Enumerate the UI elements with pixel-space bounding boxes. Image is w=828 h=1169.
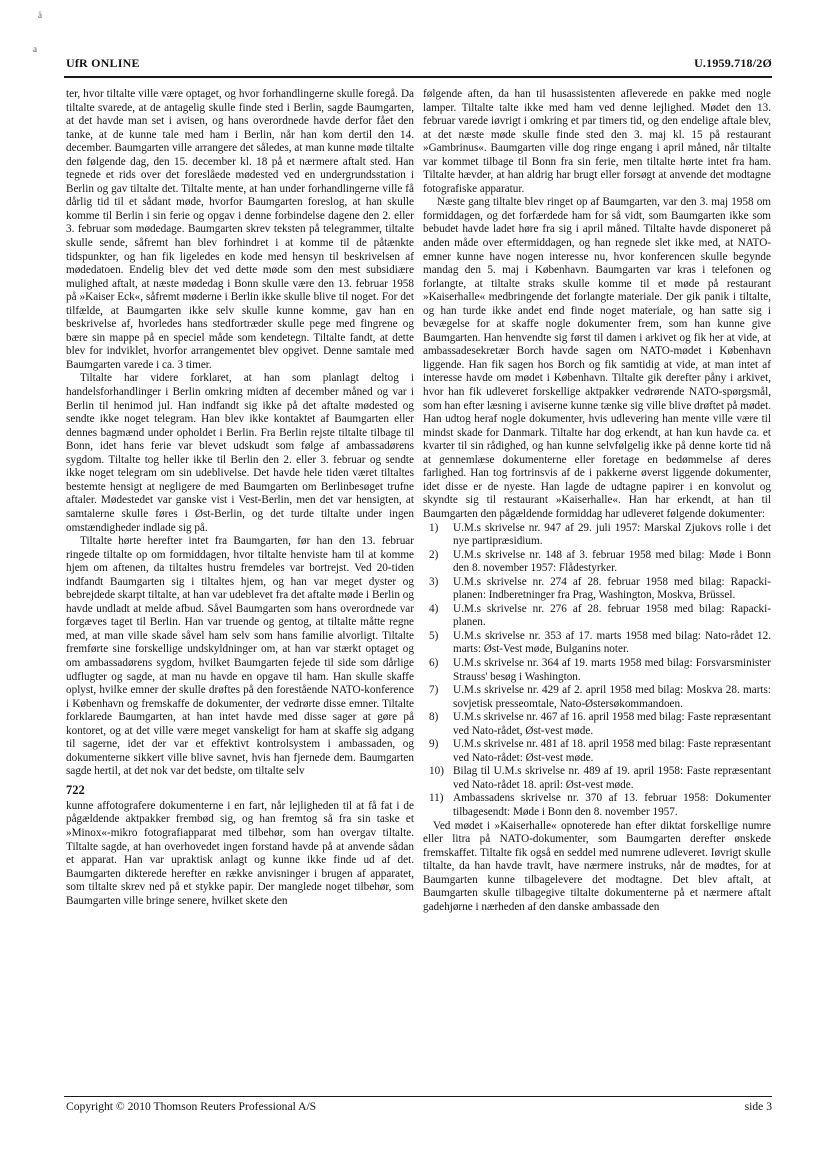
list-item-text: Ambassadens skrivelse nr. 370 af 13. feb… bbox=[453, 792, 771, 819]
list-item: 4) U.M.s skrivelse nr. 276 af 28. februa… bbox=[423, 603, 771, 630]
body-paragraph: kunne affotografere dokumenterne i en fa… bbox=[66, 800, 414, 908]
document-page: ä a UfR ONLINE U.1959.718/2Ø ter, hvor t… bbox=[0, 0, 828, 1169]
list-item: 11) Ambassadens skrivelse nr. 370 af 13.… bbox=[423, 792, 771, 819]
list-item-number: 7) bbox=[423, 684, 453, 711]
header-citation: U.1959.718/2Ø bbox=[694, 56, 772, 71]
scan-artifact: a bbox=[33, 44, 37, 54]
body-paragraph: Ved mødet i »Kaiserhalle« opnoterede han… bbox=[423, 820, 771, 915]
list-item-number: 4) bbox=[423, 603, 453, 630]
list-item-text: U.M.s skrivelse nr. 481 af 18. april 195… bbox=[453, 738, 771, 765]
list-item-text: U.M.s skrivelse nr. 364 af 19. marts 195… bbox=[453, 657, 771, 684]
list-item: 3) U.M.s skrivelse nr. 274 af 28. februa… bbox=[423, 576, 771, 603]
list-item: 1) U.M.s skrivelse nr. 947 af 29. juli 1… bbox=[423, 522, 771, 549]
header-rule bbox=[64, 76, 772, 78]
body-paragraph: Tiltalte har videre forklaret, at han so… bbox=[66, 372, 414, 535]
page-header: UfR ONLINE U.1959.718/2Ø bbox=[66, 56, 772, 71]
list-item: 8) U.M.s skrivelse nr. 467 af 16. april … bbox=[423, 711, 771, 738]
body-paragraph: Næste gang tiltalte blev ringet op af Ba… bbox=[423, 196, 771, 521]
page-footer: Copyright © 2010 Thomson Reuters Profess… bbox=[66, 1100, 772, 1113]
list-item: 7) U.M.s skrivelse nr. 429 af 2. april 1… bbox=[423, 684, 771, 711]
list-item-text: U.M.s skrivelse nr. 429 af 2. april 1958… bbox=[453, 684, 771, 711]
list-item-number: 6) bbox=[423, 657, 453, 684]
body-paragraph: Tiltalte hørte herefter intet fra Baumga… bbox=[66, 535, 414, 779]
list-item-number: 11) bbox=[423, 792, 453, 819]
list-item: 5) U.M.s skrivelse nr. 353 af 17. marts … bbox=[423, 630, 771, 657]
document-list: 1) U.M.s skrivelse nr. 947 af 29. juli 1… bbox=[423, 522, 771, 820]
footer-rule bbox=[64, 1096, 772, 1097]
list-item-number: 3) bbox=[423, 576, 453, 603]
original-page-number: 722 bbox=[66, 779, 414, 800]
list-item-text: U.M.s skrivelse nr. 276 af 28. februar 1… bbox=[453, 603, 771, 630]
list-item-text: U.M.s skrivelse nr. 274 af 28. februar 1… bbox=[453, 576, 771, 603]
copyright-notice: Copyright © 2010 Thomson Reuters Profess… bbox=[66, 1100, 316, 1113]
list-item-text: Bilag til U.M.s skrivelse nr. 489 af 19.… bbox=[453, 765, 771, 792]
list-item-number: 8) bbox=[423, 711, 453, 738]
page-number: side 3 bbox=[745, 1100, 772, 1113]
list-item-text: U.M.s skrivelse nr. 148 af 3. februar 19… bbox=[453, 549, 771, 576]
list-item-number: 1) bbox=[423, 522, 453, 549]
list-item-text: U.M.s skrivelse nr. 353 af 17. marts 195… bbox=[453, 630, 771, 657]
list-item: 2) U.M.s skrivelse nr. 148 af 3. februar… bbox=[423, 549, 771, 576]
scan-artifact: ä bbox=[38, 10, 42, 20]
list-item: 6) U.M.s skrivelse nr. 364 af 19. marts … bbox=[423, 657, 771, 684]
body-paragraph: følgende aften, da han til husassistente… bbox=[423, 88, 771, 196]
header-source-label: UfR ONLINE bbox=[66, 56, 140, 71]
left-column: ter, hvor tiltalte ville være optaget, o… bbox=[66, 88, 414, 914]
list-item-text: U.M.s skrivelse nr. 947 af 29. juli 1957… bbox=[453, 522, 771, 549]
right-column: følgende aften, da han til husassistente… bbox=[423, 88, 771, 914]
list-item: 9) U.M.s skrivelse nr. 481 af 18. april … bbox=[423, 738, 771, 765]
body-paragraph: ter, hvor tiltalte ville være optaget, o… bbox=[66, 88, 414, 372]
list-item-number: 9) bbox=[423, 738, 453, 765]
list-item-number: 5) bbox=[423, 630, 453, 657]
list-item-number: 2) bbox=[423, 549, 453, 576]
list-item-number: 10) bbox=[423, 765, 453, 792]
list-item: 10) Bilag til U.M.s skrivelse nr. 489 af… bbox=[423, 765, 771, 792]
document-body: ter, hvor tiltalte ville være optaget, o… bbox=[66, 88, 772, 914]
list-item-text: U.M.s skrivelse nr. 467 af 16. april 195… bbox=[453, 711, 771, 738]
